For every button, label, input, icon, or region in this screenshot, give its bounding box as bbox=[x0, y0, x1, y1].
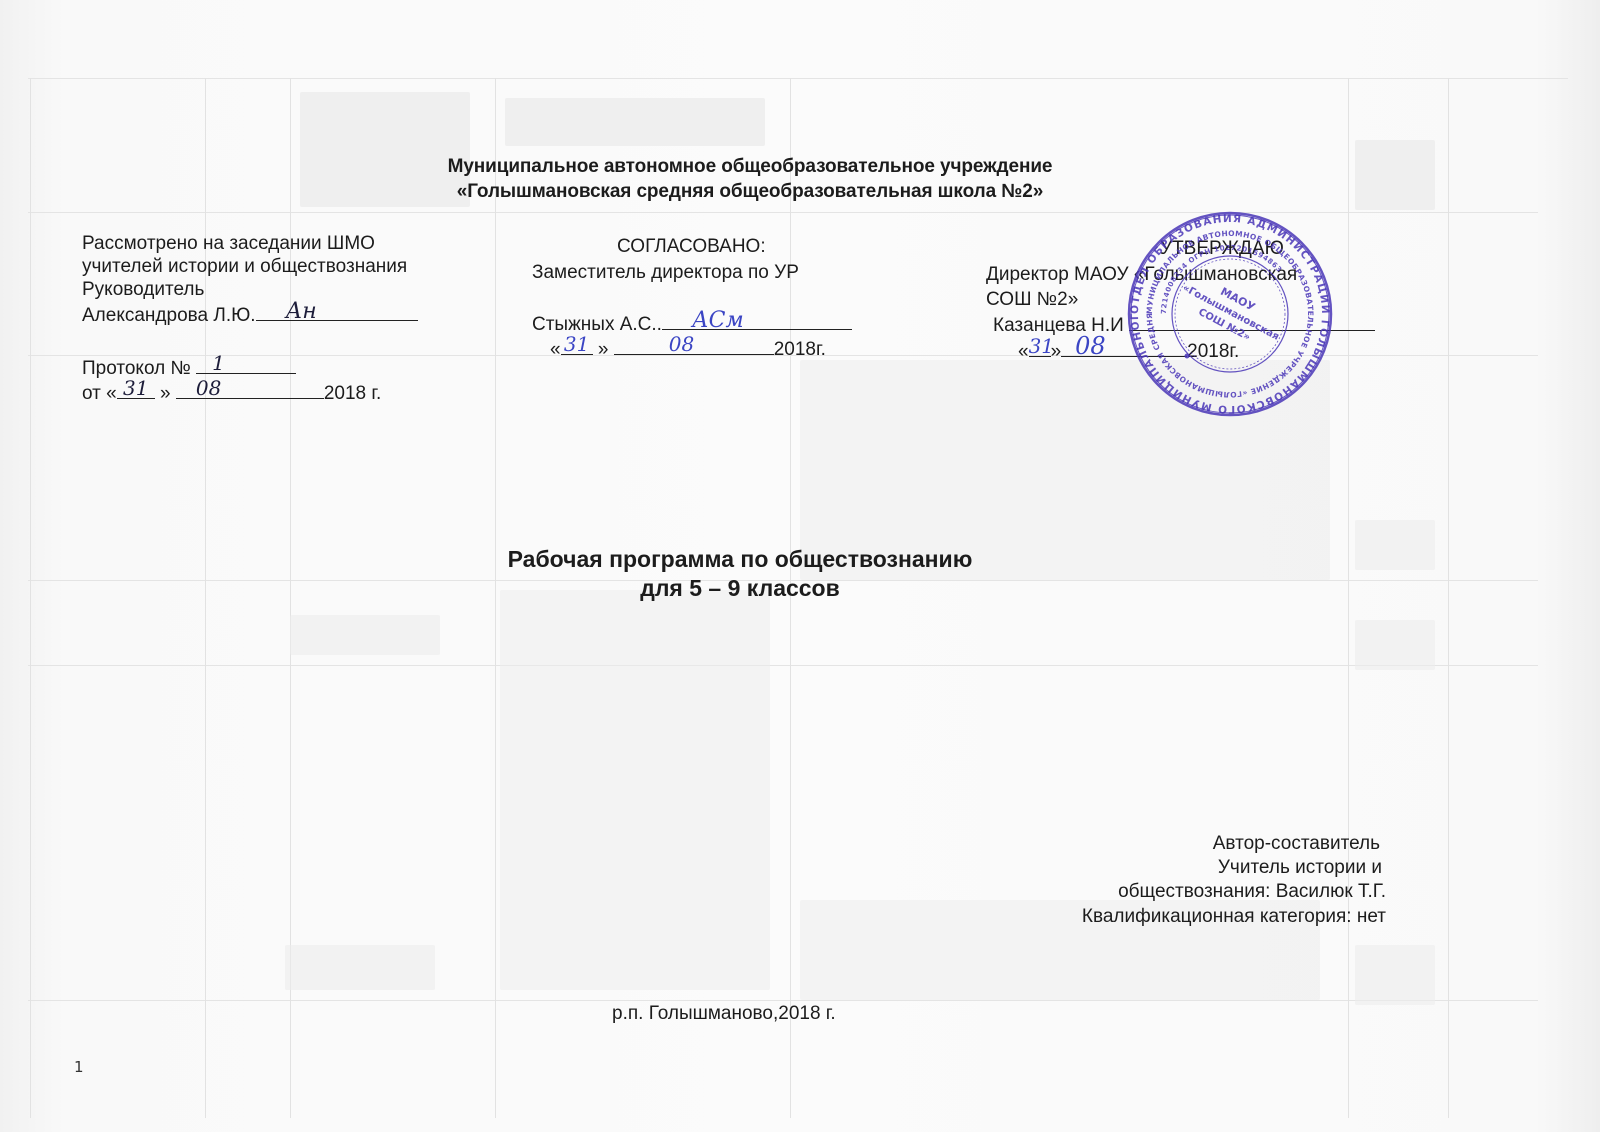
date-month: 08 bbox=[196, 378, 324, 398]
author-line4: Квалификационная категория: нет bbox=[1082, 906, 1386, 927]
official-seal-icon: ОТДЕЛ ОБРАЗОВАНИЯ АДМИНИСТРАЦИИ ГОЛЫШМАН… bbox=[1127, 211, 1333, 417]
agreed-position: Заместитель директора по УР bbox=[532, 262, 799, 283]
org-name-line1: Муниципальное автономное общеобразовател… bbox=[370, 155, 1130, 179]
date-year: 2018г. bbox=[774, 339, 826, 360]
protocol-date-row: от «31 » 082018 г. bbox=[82, 382, 381, 404]
date-year: 2018 г. bbox=[324, 383, 381, 404]
considered-line3: Руководитель bbox=[82, 279, 204, 300]
considered-signature-row: Александрова Л.Ю.Ан bbox=[82, 304, 418, 326]
page-number: 1 bbox=[74, 1058, 84, 1076]
date-close-quote: » bbox=[160, 383, 171, 404]
date-open-quote: « bbox=[550, 339, 561, 360]
document-page: Муниципальное автономное общеобразовател… bbox=[0, 0, 1600, 1132]
protocol-row: Протокол № 1 bbox=[82, 357, 296, 379]
document-title-line2: для 5 – 9 классов bbox=[420, 574, 1060, 602]
considered-line1: Рассмотрено на заседании ШМО bbox=[82, 233, 375, 254]
agreed-title: СОГЛАСОВАНО: bbox=[617, 236, 766, 257]
protocol-number: 1 bbox=[212, 353, 296, 373]
deputy-name: Стыжных А.С.. bbox=[532, 314, 662, 335]
date-day: 31 bbox=[117, 378, 155, 398]
handwritten-signature: Ан bbox=[286, 301, 317, 322]
date-day: 31 bbox=[1029, 336, 1051, 356]
agreed-date-row: «31 » 082018г. bbox=[550, 338, 826, 360]
approved-position-line2: СОШ №2» bbox=[986, 289, 1078, 310]
signature-line: Ан bbox=[256, 304, 418, 321]
date-open-quote: от « bbox=[82, 383, 117, 404]
place-year: р.п. Голышманово,2018 г. bbox=[612, 1003, 836, 1024]
document-title-line1: Рабочая программа по обществознанию bbox=[420, 545, 1060, 573]
author-line1: Автор-составитель bbox=[1213, 833, 1380, 854]
considered-line2: учителей истории и обществознания bbox=[82, 256, 407, 277]
head-name: Александрова Л.Ю. bbox=[82, 305, 256, 326]
handwritten-signature: АСм bbox=[692, 310, 744, 331]
org-name-line2: «Голышмановская средняя общеобразователь… bbox=[370, 180, 1130, 204]
date-month: 08 bbox=[669, 334, 774, 354]
author-line3: обществознания: Василюк Т.Г. bbox=[1118, 881, 1386, 902]
date-close-quote: » bbox=[598, 339, 609, 360]
date-open-quote: « bbox=[1018, 341, 1029, 362]
author-line2: Учитель истории и bbox=[1218, 857, 1382, 878]
date-day: 31 bbox=[561, 334, 593, 354]
